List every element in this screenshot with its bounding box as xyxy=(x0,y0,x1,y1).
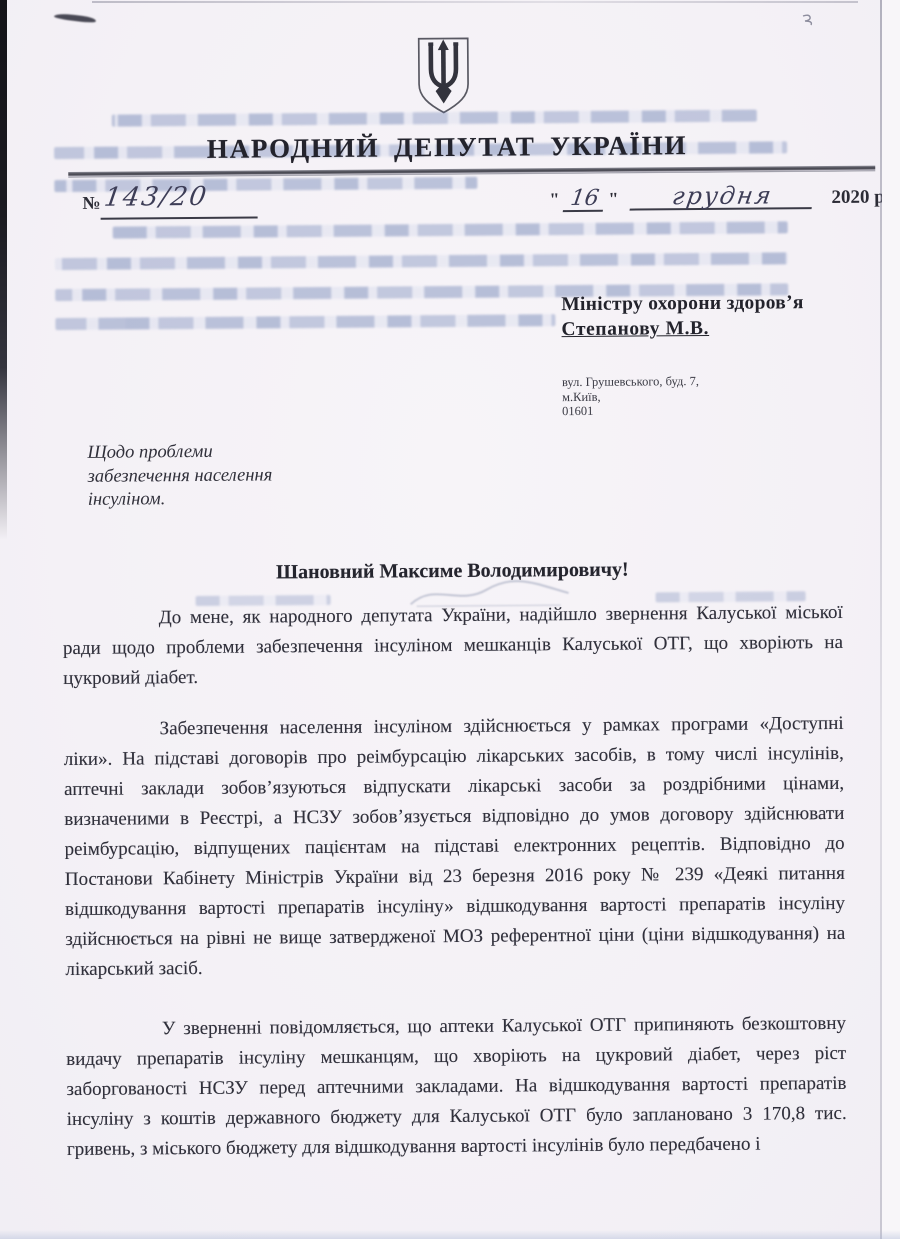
ref-number-value: 143/20 xyxy=(102,182,210,213)
addressee-address: вул. Грушевського, буд. 7, м.Київ, 01601 xyxy=(562,373,805,418)
subject-line: Щодо проблеми xyxy=(87,440,272,465)
bleedthrough-line xyxy=(112,110,757,127)
body-paragraph: Забезпечення населення інсуліном здійсню… xyxy=(64,709,846,985)
scan-bottom-edge xyxy=(0,1230,900,1239)
subject-line: інсуліном. xyxy=(88,487,273,512)
scan-left-edge xyxy=(0,0,7,540)
page-content: НАРОДНИЙ ДЕПУТАТ УКРАЇНИ № 143/20 " 16 "… xyxy=(0,0,900,1239)
scanned-letter-page: НАРОДНИЙ ДЕПУТАТ УКРАЇНИ № 143/20 " 16 "… xyxy=(0,0,900,1239)
date-month-handwritten: грудня xyxy=(629,183,815,210)
addressee-block: Міністру охорони здоров’я Степанову М.В.… xyxy=(561,292,804,418)
scanner-bed-strip xyxy=(882,0,900,1239)
date-field: " 16 " грудня 2020 р. xyxy=(549,183,889,213)
scan-right-edge xyxy=(880,0,882,1239)
bleedthrough-line xyxy=(113,221,788,238)
date-quote-close: " xyxy=(608,189,618,209)
salutation: Шановний Максиме Володимировичу! xyxy=(62,557,842,586)
date-day-handwritten: 16 xyxy=(562,188,606,212)
addressee-title: Міністру охорони здоров’я xyxy=(561,292,804,316)
address-line: 01601 xyxy=(562,402,805,418)
letterhead-title: НАРОДНИЙ ДЕПУТАТ УКРАЇНИ xyxy=(0,128,897,166)
addressee-name: Степанову М.В. xyxy=(561,317,804,341)
date-quote-open: " xyxy=(549,189,559,209)
tryzub-shield-icon xyxy=(415,36,472,116)
pencil-mark xyxy=(800,12,814,28)
ref-number-label: № xyxy=(82,193,100,214)
ref-number-underline xyxy=(101,217,258,220)
scan-top-edge xyxy=(92,1,858,3)
bleedthrough-line xyxy=(55,314,555,330)
body-paragraph: До мене, як народного депутата України, … xyxy=(63,598,844,694)
bleedthrough-line xyxy=(55,252,788,270)
body-paragraph: У зверненні повідомляється, що аптеки Ка… xyxy=(66,1009,847,1165)
subject-line: забезпечення населення xyxy=(88,464,273,489)
letter-body: До мене, як народного депутата України, … xyxy=(63,598,848,1186)
subject-block: Щодо проблеми забезпечення населення інс… xyxy=(87,440,272,512)
